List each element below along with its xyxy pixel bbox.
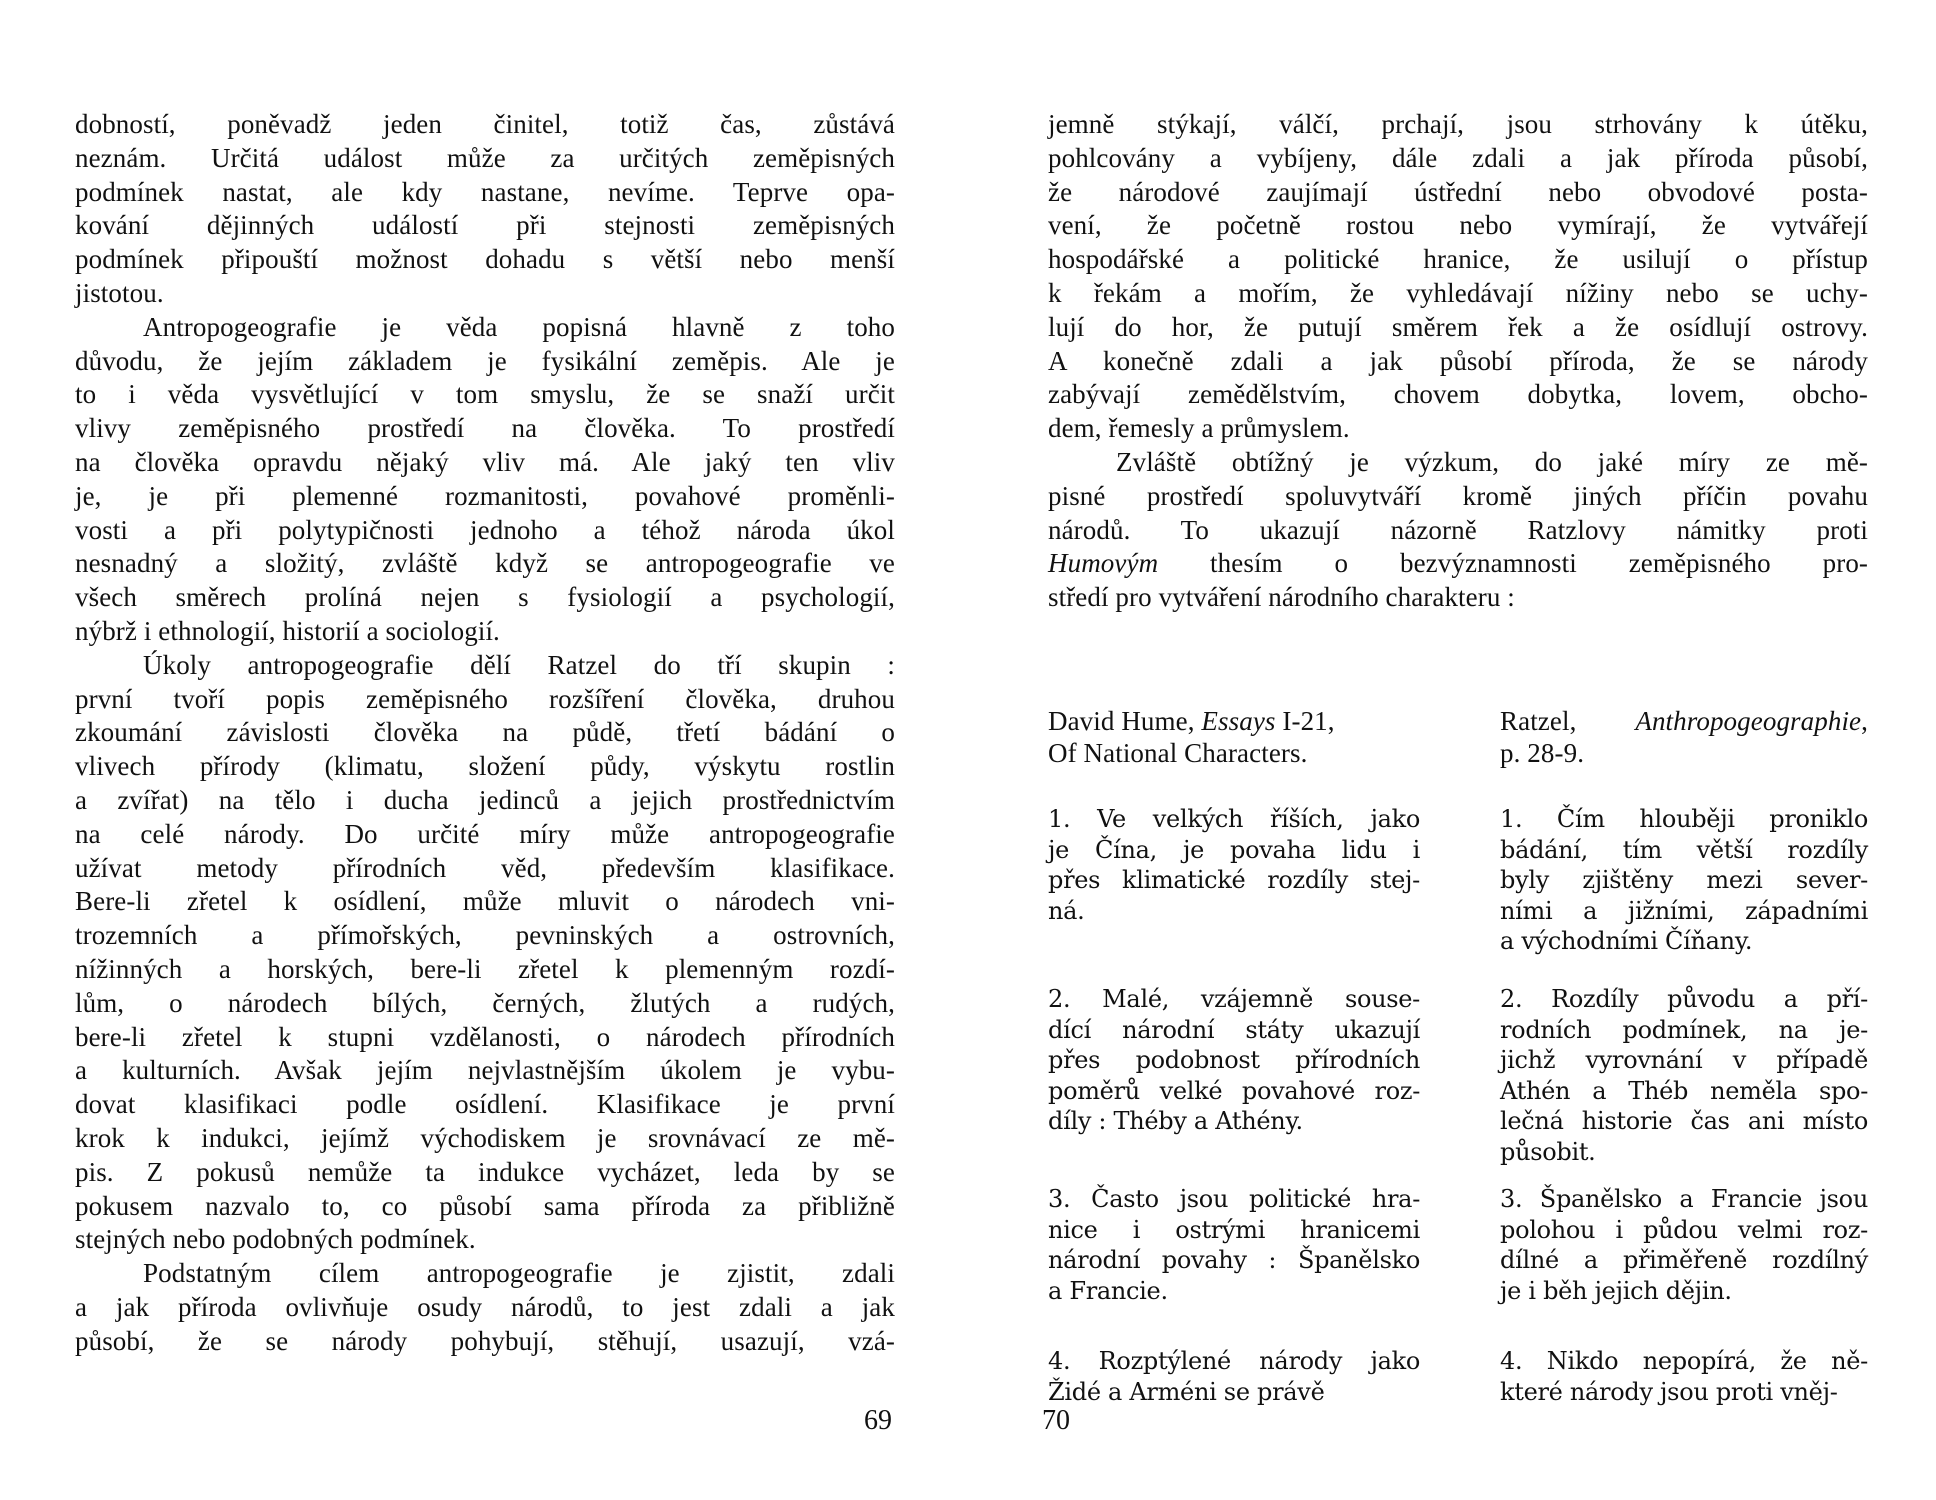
item-line: lečná historie čas ani místo bbox=[1500, 1106, 1868, 1137]
right-page: jemně stýkají, válčí, prchají, jsou strh… bbox=[968, 0, 1936, 1500]
item-line: ními a jižními, západními bbox=[1500, 896, 1868, 927]
ratzel-column: Ratzel, Anthropogeographie, p. 28-9. 1. … bbox=[1500, 705, 1868, 769]
text-line: dovat klasifikaci podle osídlení. Klasif… bbox=[75, 1088, 895, 1122]
text-line: jistotou. bbox=[75, 277, 895, 311]
item-line: 4. Nikdo nepopírá, že ně- bbox=[1500, 1346, 1868, 1377]
text-line: nížinných a horských, bere-li zřetel k p… bbox=[75, 953, 895, 987]
item-line: 2. Rozdíly původu a pří- bbox=[1500, 984, 1868, 1015]
item-line: nice i ostrými hranicemi bbox=[1048, 1215, 1420, 1246]
text-line: působí, že se národy pohybují, stěhují, … bbox=[75, 1325, 895, 1359]
comparison-item: 1. Čím hlouběji proniklobádání, tím větš… bbox=[1500, 804, 1868, 957]
text-line: dobností, poněvadž jeden činitel, totiž … bbox=[75, 108, 895, 142]
text-line: to i věda vysvětlující v tom smyslu, že … bbox=[75, 378, 895, 412]
text-line: dem, řemesly a průmyslem. bbox=[1048, 412, 1868, 446]
item-line: a východními Číňany. bbox=[1500, 926, 1868, 957]
header-line: Of National Characters. bbox=[1048, 737, 1420, 769]
item-line: rodních podmínek, na je- bbox=[1500, 1015, 1868, 1046]
ratzel-column-header: Ratzel, Anthropogeographie, p. 28-9. bbox=[1500, 705, 1868, 769]
comparison-item: 4. Nikdo nepopírá, že ně-které národy js… bbox=[1500, 1346, 1868, 1407]
text-line: bere-li zřetel k stupni vzdělanosti, o n… bbox=[75, 1021, 895, 1055]
text-line: je, je při plemenné rozmanitosti, povaho… bbox=[75, 480, 895, 514]
item-line: jichž vyrovnání v případě bbox=[1500, 1045, 1868, 1076]
comparison-item: 3. Španělsko a Francie jsoupolohou i půd… bbox=[1500, 1184, 1868, 1306]
left-page: dobností, poněvadž jeden činitel, totiž … bbox=[0, 0, 968, 1500]
item-line: bádání, tím větší rozdíly bbox=[1500, 835, 1868, 866]
text-line: kování dějinných událostí při stejnosti … bbox=[75, 209, 895, 243]
text-line: pohlcovány a vybíjeny, dále zdali a jak … bbox=[1048, 142, 1868, 176]
item-line: ná. bbox=[1048, 896, 1420, 927]
text-line: středí pro vytváření národního charakter… bbox=[1048, 581, 1868, 615]
item-line: dílné a přiměřeně rozdílný bbox=[1500, 1245, 1868, 1276]
page-number-right: 70 bbox=[1042, 1405, 1070, 1437]
text-line: A konečně zdali a jak působí příroda, že… bbox=[1048, 345, 1868, 379]
text-line: Úkoly antropogeografie dělí Ratzel do tř… bbox=[75, 649, 895, 683]
text-line: na člověka opravdu nějaký vliv má. Ale j… bbox=[75, 446, 895, 480]
right-page-body: jemně stýkají, válčí, prchají, jsou strh… bbox=[1048, 108, 1868, 615]
text-line: k řekám a mořím, že vyhledávají nížiny n… bbox=[1048, 277, 1868, 311]
text-line: vlivy zeměpisného prostředí na člověka. … bbox=[75, 412, 895, 446]
text-line: Humovým thesím o bezvýznamnosti zeměpisn… bbox=[1048, 547, 1868, 581]
item-line: Athén a Théb neměla spo- bbox=[1500, 1076, 1868, 1107]
text-line: zkoumání závislosti člověka na půdě, tře… bbox=[75, 716, 895, 750]
header-line: Ratzel, Anthropogeographie, bbox=[1500, 705, 1868, 737]
item-line: 3. Španělsko a Francie jsou bbox=[1500, 1184, 1868, 1215]
item-line: je Čína, je povaha lidu i bbox=[1048, 835, 1420, 866]
item-line: působit. bbox=[1500, 1137, 1868, 1168]
text-line: vení, že početně rostou nebo vymírají, ž… bbox=[1048, 209, 1868, 243]
text-line: Antropogeografie je věda popisná hlavně … bbox=[75, 311, 895, 345]
text-line: neznám. Určitá událost může za určitých … bbox=[75, 142, 895, 176]
item-line: poměrů velké povahové roz- bbox=[1048, 1076, 1420, 1107]
hume-column: David Hume, Essays I-21, Of National Cha… bbox=[1048, 705, 1420, 769]
header-line: David Hume, Essays I-21, bbox=[1048, 705, 1420, 737]
text-line: že národové zaujímají ústřední nebo obvo… bbox=[1048, 176, 1868, 210]
text-line: a zvířat) na tělo i ducha jedinců a jeji… bbox=[75, 784, 895, 818]
comparison-item: 2. Rozdíly původu a pří-rodních podmínek… bbox=[1500, 984, 1868, 1168]
text-line: národů. To ukazují názorně Ratzlovy námi… bbox=[1048, 514, 1868, 548]
text-line: lům, o národech bílých, černých, žlutých… bbox=[75, 987, 895, 1021]
item-line: byly zjištěny mezi sever- bbox=[1500, 865, 1868, 896]
hume-column-header: David Hume, Essays I-21, Of National Cha… bbox=[1048, 705, 1420, 769]
text-line: podmínek nastat, ale kdy nastane, nevíme… bbox=[75, 176, 895, 210]
item-line: 4. Rozptýlené národy jako bbox=[1048, 1346, 1420, 1377]
text-line: vlivech přírody (klimatu, složení půdy, … bbox=[75, 750, 895, 784]
text-line: a kulturních. Avšak jejím nejvlastnějším… bbox=[75, 1054, 895, 1088]
item-line: 1. Čím hlouběji proniklo bbox=[1500, 804, 1868, 835]
text-line: pokusem nazvalo to, co působí sama příro… bbox=[75, 1190, 895, 1224]
page-number-left: 69 bbox=[864, 1405, 892, 1437]
item-line: přes podobnost přírodních bbox=[1048, 1045, 1420, 1076]
item-line: 3. Často jsou politické hra- bbox=[1048, 1184, 1420, 1215]
text-line: všech směrech prolíná nejen s fysiologií… bbox=[75, 581, 895, 615]
item-line: 1. Ve velkých říších, jako bbox=[1048, 804, 1420, 835]
text-line: užívat metody přírodních věd, především … bbox=[75, 852, 895, 886]
left-page-body: dobností, poněvadž jeden činitel, totiž … bbox=[75, 108, 895, 1358]
text-line: zabývají zemědělstvím, chovem dobytka, l… bbox=[1048, 378, 1868, 412]
item-line: dící národní státy ukazují bbox=[1048, 1015, 1420, 1046]
item-line: a Francie. bbox=[1048, 1276, 1420, 1307]
comparison-item: 1. Ve velkých říších, jakoje Čína, je po… bbox=[1048, 804, 1420, 926]
item-line: 2. Malé, vzájemně souse- bbox=[1048, 984, 1420, 1015]
text-line: nesnadný a složitý, zvláště když se antr… bbox=[75, 547, 895, 581]
text-line: jemně stýkají, válčí, prchají, jsou strh… bbox=[1048, 108, 1868, 142]
text-line: důvodu, že jejím základem je fysikální z… bbox=[75, 345, 895, 379]
text-line: podmínek připouští možnost dohadu s větš… bbox=[75, 243, 895, 277]
italic-name: Humovým bbox=[1048, 548, 1210, 578]
item-line: které národy jsou proti vněj- bbox=[1500, 1377, 1868, 1408]
item-line: přes klimatické rozdíly stej- bbox=[1048, 865, 1420, 896]
text-line: Bere-li zřetel k osídlení, může mluvit o… bbox=[75, 885, 895, 919]
text-line: vosti a při polytypičnosti jednoho a téh… bbox=[75, 514, 895, 548]
text-line: lují do hor, že putují směrem řek a že o… bbox=[1048, 311, 1868, 345]
header-line: p. 28-9. bbox=[1500, 737, 1868, 769]
text-line: první tvoří popis zeměpisného rozšíření … bbox=[75, 683, 895, 717]
text-line: pisné prostředí spoluvytváří kromě jinýc… bbox=[1048, 480, 1868, 514]
text-line: a jak příroda ovlivňuje osudy národů, to… bbox=[75, 1291, 895, 1325]
text-line: stejných nebo podobných podmínek. bbox=[75, 1223, 895, 1257]
text-line: krok k indukci, jejímž východiskem je sr… bbox=[75, 1122, 895, 1156]
text-line: trozemních a přímořských, pevninských a … bbox=[75, 919, 895, 953]
comparison-item: 3. Často jsou politické hra-nice i ostrý… bbox=[1048, 1184, 1420, 1306]
comparison-item: 4. Rozptýlené národy jakoŽidé a Arméni s… bbox=[1048, 1346, 1420, 1407]
comparison-item: 2. Malé, vzájemně souse-dící národní stá… bbox=[1048, 984, 1420, 1137]
text-line: pis. Z pokusů nemůže ta indukce vycházet… bbox=[75, 1156, 895, 1190]
text-line: Zvláště obtížný je výzkum, do jaké míry … bbox=[1048, 446, 1868, 480]
item-line: díly : Théby a Athény. bbox=[1048, 1106, 1420, 1137]
item-line: polohou i půdou velmi roz- bbox=[1500, 1215, 1868, 1246]
text-line: Podstatným cílem antropogeografie je zji… bbox=[75, 1257, 895, 1291]
text-line: na celé národy. Do určité míry může antr… bbox=[75, 818, 895, 852]
text-line: nýbrž i ethnologií, historií a sociologi… bbox=[75, 615, 895, 649]
item-line: je i běh jejich dějin. bbox=[1500, 1276, 1868, 1307]
item-line: Židé a Arméni se právě bbox=[1048, 1377, 1420, 1408]
text-line: hospodářské a politické hranice, že usil… bbox=[1048, 243, 1868, 277]
item-line: národní povahy : Španělsko bbox=[1048, 1245, 1420, 1276]
